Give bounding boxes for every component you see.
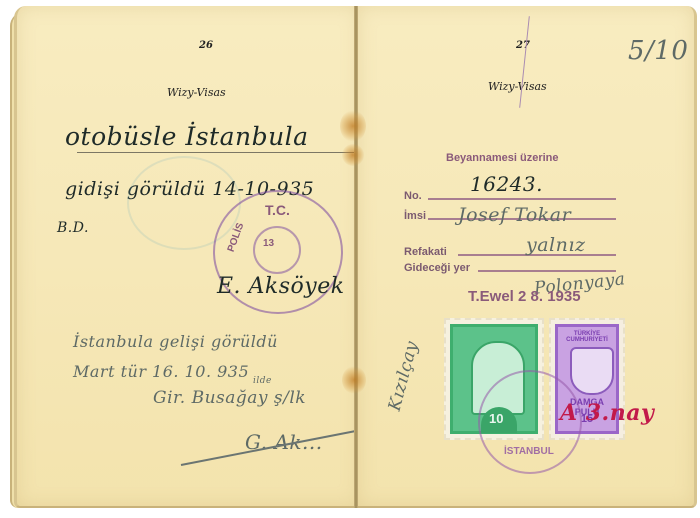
pencil-note-line: İstanbula gelişi görüldü	[73, 332, 278, 351]
field-label-name: İmsi	[404, 210, 426, 222]
page-title: Wizy-Visas	[167, 86, 226, 99]
pencil-superscript: ilde	[253, 376, 272, 386]
stamp-number: 13	[263, 238, 274, 249]
pencil-mark	[519, 16, 530, 108]
date-stamp: T.Ewel 2 8. 1935	[468, 288, 581, 305]
page-number: 26	[199, 40, 213, 51]
stamp-text: T.C.	[265, 202, 290, 218]
pencil-note-line: Gir. Busağay ş/lk	[153, 388, 306, 408]
field-label-companion: Refakati	[404, 246, 447, 258]
book-spine	[354, 6, 358, 508]
declaration-header: Beyannamesi üzerine	[446, 152, 559, 164]
initials: B.D.	[57, 220, 89, 236]
margin-pencil-note: Kızılçay	[385, 339, 423, 413]
field-value-companion: yalnız	[526, 234, 585, 256]
pencil-number: 5/10	[628, 36, 688, 66]
rust-stain	[342, 366, 366, 394]
left-page: 26 Wizy-Visas otobüsle İstanbula gidişi …	[14, 6, 359, 508]
field-label-no: No.	[404, 190, 422, 202]
cancel-stamp-text: İSTANBUL	[504, 446, 554, 457]
field-line	[428, 198, 616, 200]
field-value-no: 16243.	[470, 172, 543, 196]
stamp-top-text: TÜRKİYE CUMHURİYETİ	[558, 331, 616, 343]
page-number: 27	[516, 40, 530, 51]
rust-stain	[340, 110, 366, 142]
field-value-name: Josef Tokar	[458, 204, 571, 226]
underline	[77, 152, 357, 153]
handwriting-line: otobüsle İstanbula	[65, 122, 309, 151]
pencil-note-line: Mart tür 16. 10. 935	[73, 362, 249, 381]
rust-stain	[342, 144, 364, 166]
stamp-text: POLİS	[226, 222, 247, 254]
field-label-destination: Gideceği yer	[404, 262, 470, 274]
signature: E. Aksöyek	[217, 274, 345, 299]
red-ink-signature: A 3.nay	[560, 400, 654, 426]
page-title: Wizy-Visas	[488, 80, 547, 93]
